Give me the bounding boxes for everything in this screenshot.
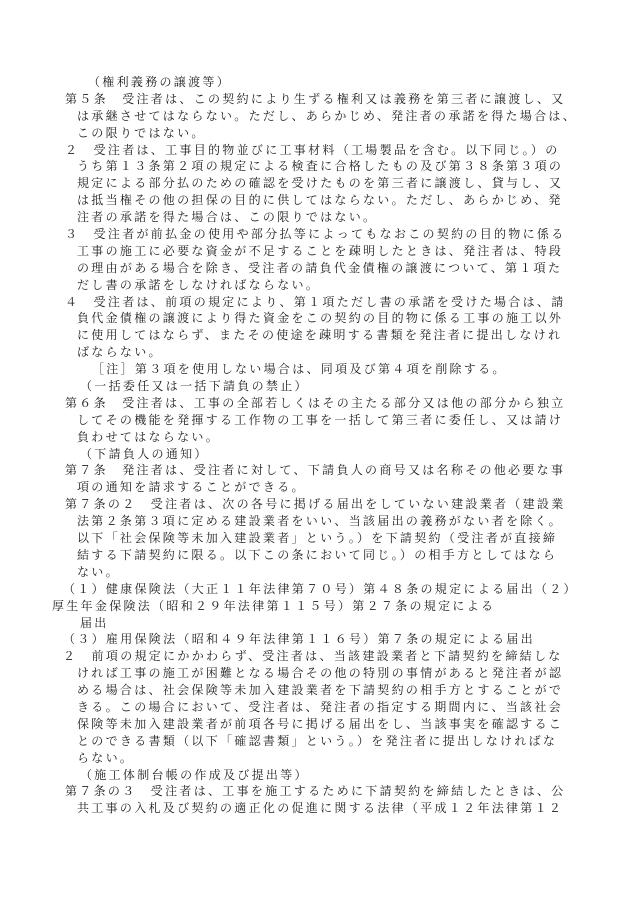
document-line: とのできる書類（以下「確認書類」という。）を発注者に提出しなければな: [77, 733, 595, 750]
document-line: （１）健康保険法（大正１１年法律第７０号）第４８条の規定による届出（２）: [63, 581, 595, 598]
document-line: に使用してはならず、またその使途を疎明する書類を発注者に提出しなけれ: [77, 327, 595, 344]
document-line: （下請負人の通知）: [80, 446, 595, 463]
document-line: める場合は、社会保険等未加入建設業者を下請契約の相手方とすることがで: [77, 682, 595, 699]
document-line: うち第１３条第２項の規定による検査に合格したもの及び第３８条第３項の: [77, 158, 595, 175]
document-line: 第６条 受注者は、工事の全部若しくはその主たる部分又は他の部分から独立: [65, 395, 595, 412]
document-page: （権利義務の譲渡等）第５条 受注者は、この契約により生ずる権利又は義務を第三者に…: [0, 0, 630, 903]
document-line: は承継させてはならない。ただし、あらかじめ、発注者の承諾を得た場合は、: [77, 108, 595, 125]
document-line: （権利義務の譲渡等）: [88, 74, 595, 91]
document-line: 第７条の３ 受注者は、工事を施工するために下請契約を締結したときは、公: [65, 783, 595, 800]
document-line: 以下「社会保険等未加入建設業者」という。）を下請契約（受注者が直接締: [77, 530, 595, 547]
document-line: ければ工事の施工が困難となる場合その他の特別の事情があると発注者が認: [77, 665, 595, 682]
document-line: 届出: [80, 615, 595, 632]
document-line: 項の通知を請求することができる。: [77, 479, 595, 496]
document-line: ２ 受注者は、工事目的物並びに工事材料（工場製品を含む。以下同じ。）の: [65, 142, 595, 159]
document-line: ［注］第３項を使用しない場合は、同項及び第４項を削除する。: [92, 361, 595, 378]
document-line: 結する下請契約に限る。以下この条において同じ。）の相手方としてはなら: [77, 547, 595, 564]
document-line: だし書の承諾をしなければならない。: [77, 277, 595, 294]
document-line: （施工体制台帳の作成及び提出等）: [80, 767, 595, 784]
document-line: ない。: [77, 564, 595, 581]
document-line: 規定による部分払のための確認を受けたものを第三者に譲渡し、貸与し、又: [77, 175, 595, 192]
document-line: きる。この場合において、受注者は、発注者の指定する期間内に、当該社会: [77, 699, 595, 716]
document-line: してその機能を発揮する工作物の工事を一括して第三者に委任し、又は請け: [77, 412, 595, 429]
document-line: （一括委任又は一括下請負の禁止）: [80, 378, 595, 395]
document-line: 第７条の２ 受注者は、次の各号に掲げる届出をしていない建設業者（建設業: [65, 496, 595, 513]
document-line: 注者の承諾を得た場合は、この限りではない。: [77, 209, 595, 226]
document-line: の理由がある場合を除き、受注者の請負代金債権の譲渡について、第１項た: [77, 260, 595, 277]
document-line: 負わせてはならない。: [77, 429, 595, 446]
document-line: ３ 受注者が前払金の使用や部分払等によってもなおこの契約の目的物に係る: [65, 226, 595, 243]
document-body: （権利義務の譲渡等）第５条 受注者は、この契約により生ずる権利又は義務を第三者に…: [65, 74, 595, 817]
document-line: 工事の施工に必要な資金が不足することを疎明したときは、発注者は、特段: [77, 243, 595, 260]
document-line: この限りではない。: [77, 125, 595, 142]
document-line: 共工事の入札及び契約の適正化の促進に関する法律（平成１２年法律第１２: [77, 800, 595, 817]
document-line: 法第２条第３項に定める建設業者をいい、当該届出の義務がない者を除く。: [77, 513, 595, 530]
document-line: 負代金債権の譲渡により得た資金をこの契約の目的物に係る工事の施工以外: [77, 310, 595, 327]
document-line: 保険等未加入建設業者が前項各号に掲げる届出をし、当該事実を確認するこ: [77, 716, 595, 733]
document-line: 厚生年金保険法（昭和２９年法律第１１５号）第２７条の規定による: [52, 598, 595, 615]
document-line: （３）雇用保険法（昭和４９年法律第１１６号）第７条の規定による届出: [63, 631, 595, 648]
document-line: ４ 受注者は、前項の規定により、第１項ただし書の承諾を受けた場合は、請: [65, 294, 595, 311]
document-line: らない。: [77, 750, 595, 767]
document-line: ２ 前項の規定にかかわらず、受注者は、当該建設業者と下請契約を締結しな: [63, 648, 595, 665]
document-line: ばならない。: [77, 344, 595, 361]
document-line: 第５条 受注者は、この契約により生ずる権利又は義務を第三者に譲渡し、又: [65, 91, 595, 108]
document-line: は抵当権その他の担保の目的に供してはならない。ただし、あらかじめ、発: [77, 192, 595, 209]
document-line: 第７条 発注者は、受注者に対して、下請負人の商号又は名称その他必要な事: [65, 462, 595, 479]
